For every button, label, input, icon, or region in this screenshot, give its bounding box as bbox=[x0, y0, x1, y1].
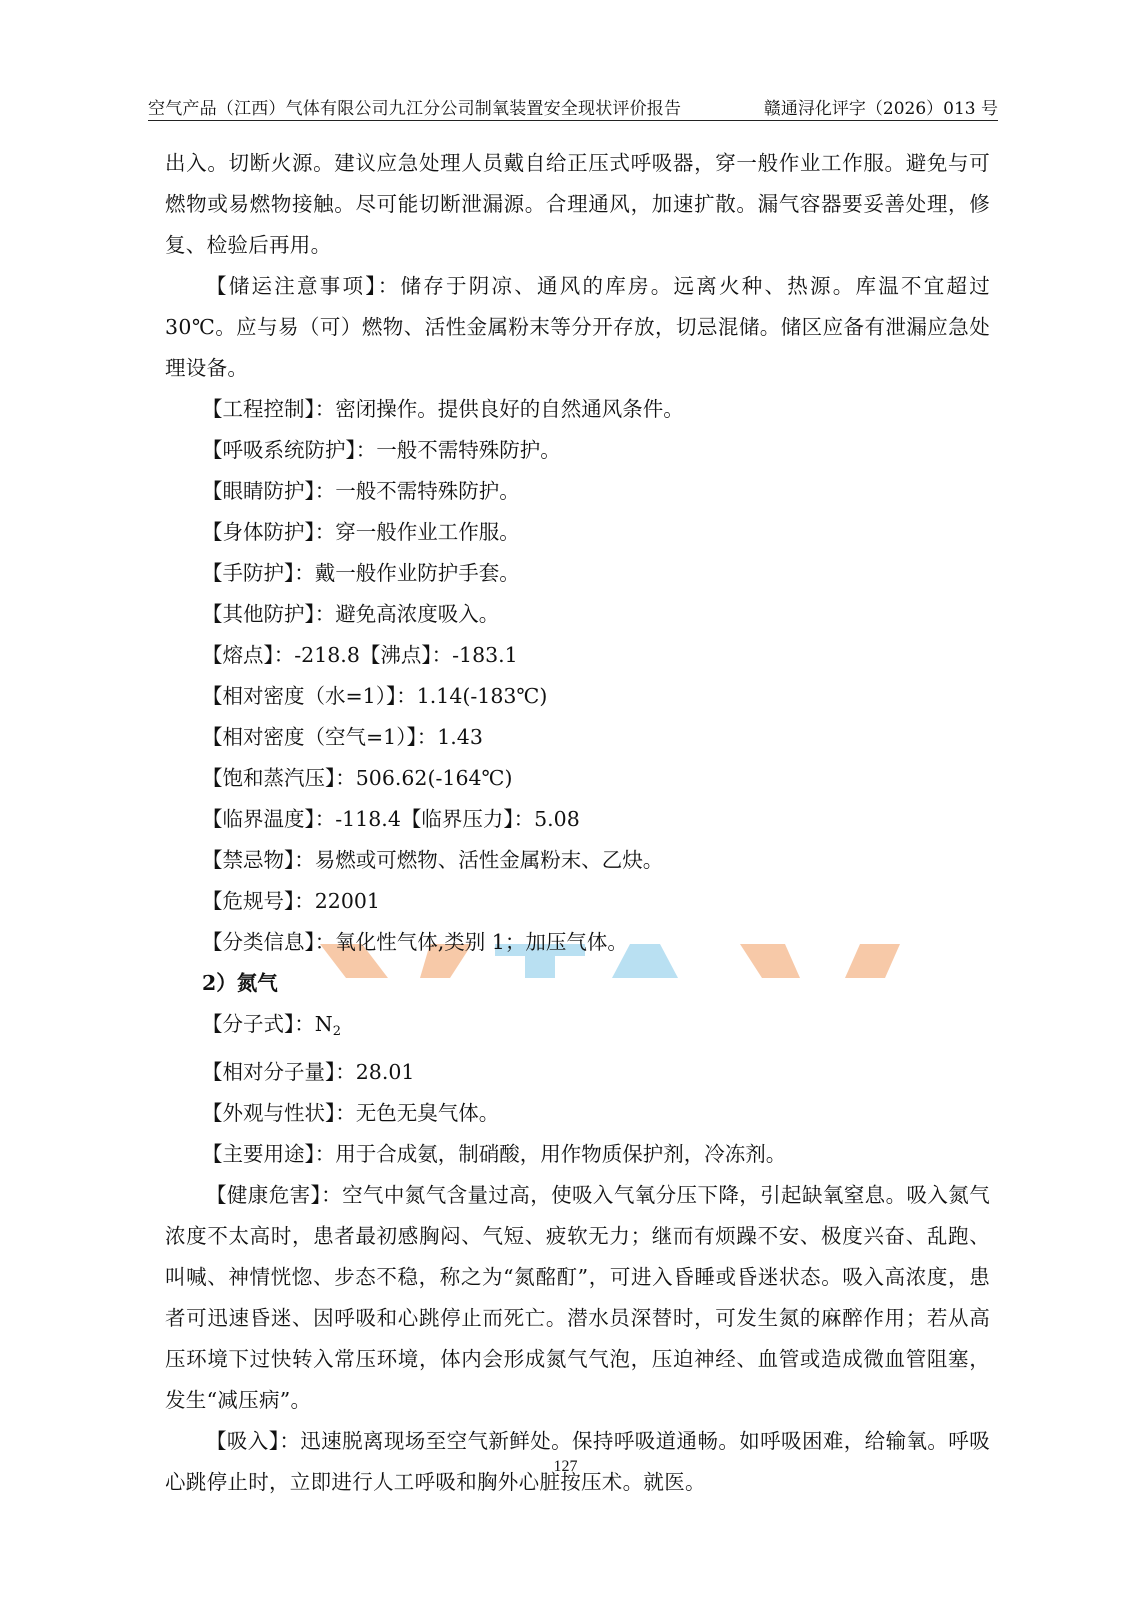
page-content: 出入。切断火源。建议应急处理人员戴自给正压式呼吸器，穿一般作业工作服。避免与可燃… bbox=[165, 143, 990, 1503]
oxygen-properties-list: 【工程控制】：密闭操作。提供良好的自然通风条件。 【呼吸系统防护】：一般不需特殊… bbox=[165, 389, 990, 963]
property-molecular-formula: 【分子式】：N2 bbox=[202, 1004, 990, 1052]
property-other-protection: 【其他防护】：避免高浓度吸入。 bbox=[202, 594, 990, 635]
property-hand-protection: 【手防护】：戴一般作业防护手套。 bbox=[202, 553, 990, 594]
property-relative-density-water: 【相对密度（水=1）】：1.14(-183℃) bbox=[202, 676, 990, 717]
nitrogen-properties-list: 【分子式】：N2 【相对分子量】：28.01 【外观与性状】：无色无臭气体。 【… bbox=[165, 1004, 990, 1175]
leak-handling-paragraph: 出入。切断火源。建议应急处理人员戴自给正压式呼吸器，穿一般作业工作服。避免与可燃… bbox=[165, 143, 990, 266]
report-title: 空气产品（江西）气体有限公司九江分公司制氧装置安全现状评价报告 bbox=[148, 98, 681, 120]
formula-label: 【分子式】：N bbox=[202, 1012, 333, 1036]
property-incompatibles: 【禁忌物】：易燃或可燃物、活性金属粉末、乙炔。 bbox=[202, 840, 990, 881]
section-heading-nitrogen: 2）氮气 bbox=[165, 963, 990, 1004]
property-molecular-weight: 【相对分子量】：28.01 bbox=[202, 1052, 990, 1093]
property-respiratory-protection: 【呼吸系统防护】：一般不需特殊防护。 bbox=[202, 430, 990, 471]
property-body-protection: 【身体防护】：穿一般作业工作服。 bbox=[202, 512, 990, 553]
page-header: 空气产品（江西）气体有限公司九江分公司制氧装置安全现状评价报告 赣通浔化评字（2… bbox=[148, 96, 998, 121]
document-number: 赣通浔化评字（2026）013 号 bbox=[764, 98, 998, 120]
property-hazard-code: 【危规号】：22001 bbox=[202, 881, 990, 922]
formula-subscript: 2 bbox=[333, 1024, 341, 1039]
property-vapor-pressure: 【饱和蒸汽压】：506.62(-164℃) bbox=[202, 758, 990, 799]
property-appearance: 【外观与性状】：无色无臭气体。 bbox=[202, 1093, 990, 1134]
property-critical-temp-pressure: 【临界温度】：-118.4【临界压力】：5.08 bbox=[202, 799, 990, 840]
property-relative-density-air: 【相对密度（空气=1）】：1.43 bbox=[202, 717, 990, 758]
property-melting-boiling-point: 【熔点】：-218.8【沸点】：-183.1 bbox=[202, 635, 990, 676]
property-classification: 【分类信息】：氧化性气体,类别 1；加压气体。 bbox=[202, 922, 990, 963]
page-number: 127 bbox=[0, 1458, 1131, 1476]
health-hazard-paragraph: 【健康危害】：空气中氮气含量过高，使吸入气氧分压下降，引起缺氧窒息。吸入氮气浓度… bbox=[165, 1175, 990, 1421]
storage-paragraph: 【储运注意事项】：储存于阴凉、通风的库房。远离火种、热源。库温不宜超过30℃。应… bbox=[165, 266, 990, 389]
property-eye-protection: 【眼睛防护】：一般不需特殊防护。 bbox=[202, 471, 990, 512]
property-main-uses: 【主要用途】：用于合成氨，制硝酸，用作物质保护剂，冷冻剂。 bbox=[202, 1134, 990, 1175]
property-engineering-control: 【工程控制】：密闭操作。提供良好的自然通风条件。 bbox=[202, 389, 990, 430]
